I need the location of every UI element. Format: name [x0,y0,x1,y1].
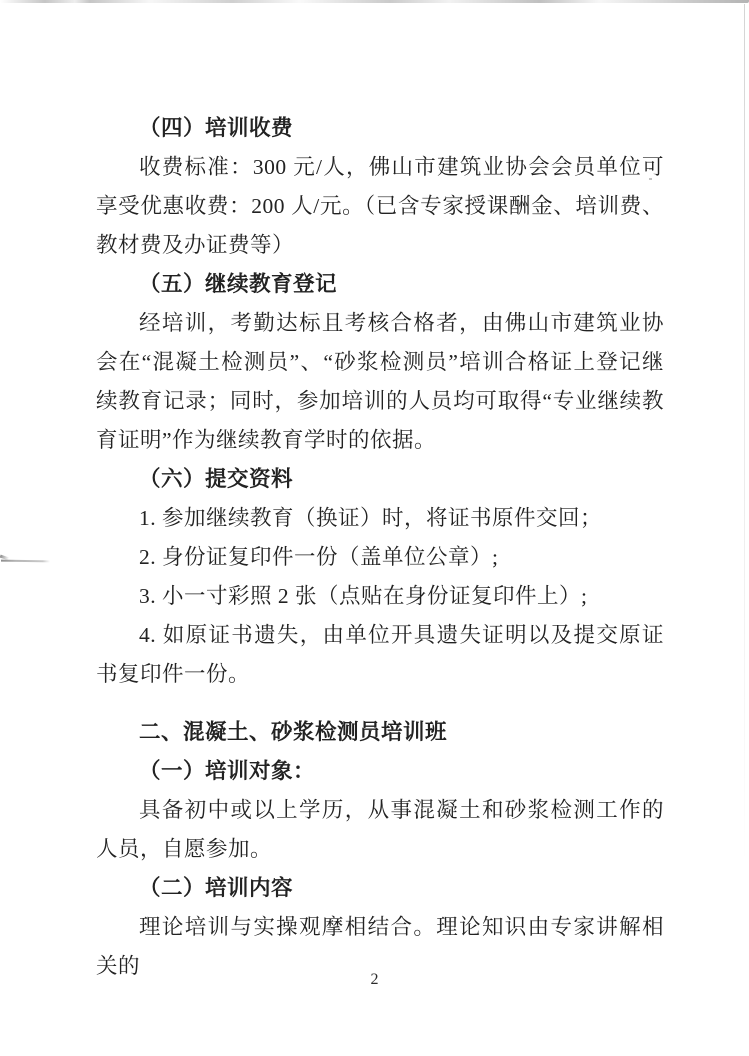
scan-edge-artifact-top [0,0,749,3]
list-item: 3. 小一寸彩照 2 张（点贴在身份证复印件上）; [96,577,664,616]
section-heading: （六）提交资料 [96,460,664,499]
paragraph: 具备初中或以上学历，从事混凝土和砂浆检测工作的人员，自愿参加。 [96,791,664,869]
list-item: 2. 身份证复印件一份（盖单位公章）; [96,538,664,577]
section-heading: （四）培训收费 [96,109,664,148]
page-number: 2 [0,971,749,989]
paragraph: 收费标准：300 元/人，佛山市建筑业协会会员单位可享受优惠收费：200 人/元… [96,148,664,265]
section-heading: （二）培训内容 [96,869,664,908]
scanned-document-page: （四）培训收费收费标准：300 元/人，佛山市建筑业协会会员单位可享受优惠收费：… [0,0,749,1056]
section-heading: （一）培训对象： [96,752,664,791]
list-item: 1. 参加继续教育（换证）时，将证书原件交回； [96,499,664,538]
paragraph: 经培训，考勤达标且考核合格者，由佛山市建筑业协会在“混凝土检测员”、“砂浆检测员… [96,304,664,460]
document-body: （四）培训收费收费标准：300 元/人，佛山市建筑业协会会员单位可享受优惠收费：… [96,109,664,986]
scan-edge-artifact-right [744,4,745,864]
chapter-heading: 二、混凝土、砂浆检测员培训班 [96,713,664,752]
paragraph: 4. 如原证书遗失，由单位开具遗失证明以及提交原证书复印件一份。 [96,616,664,694]
section-heading: （五）继续教育登记 [96,265,664,304]
